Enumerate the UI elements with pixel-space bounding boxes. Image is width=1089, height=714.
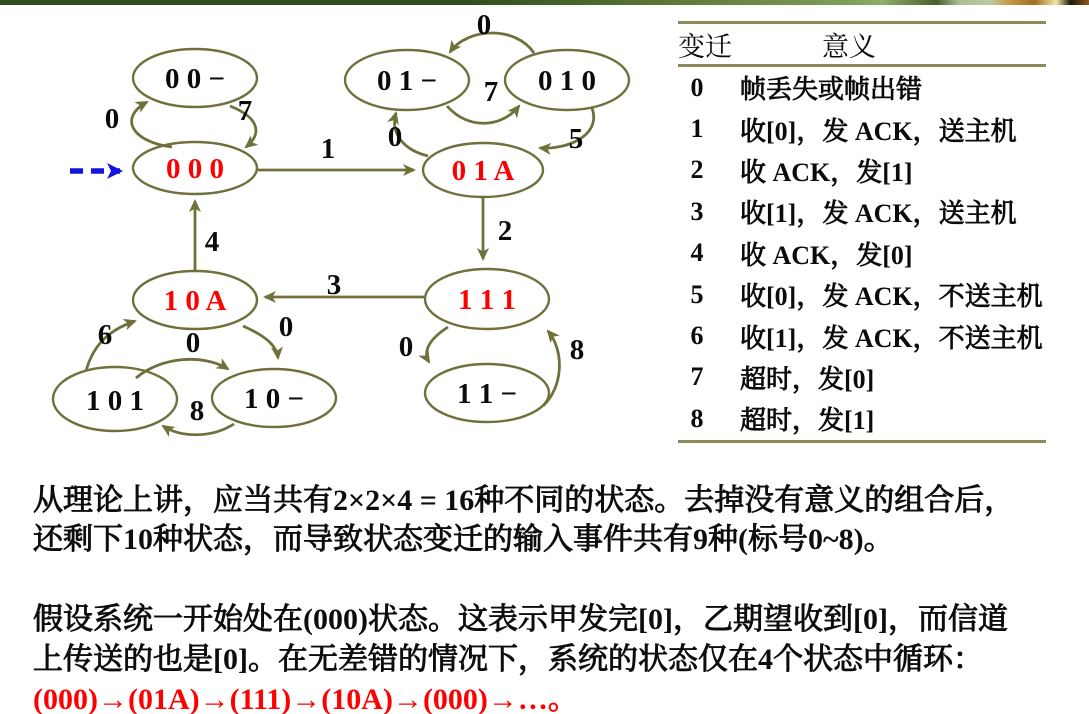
paragraph-theory: 从理论上讲，应当共有2×2×4 = 16种不同的状态。去掉没有意义的组合后， 还… bbox=[33, 481, 1014, 559]
edge-01dash-to-010 bbox=[447, 106, 519, 123]
transition-meaning: 超时，发[0] bbox=[740, 359, 874, 396]
transition-table-header: 变迁 意义 bbox=[678, 21, 1046, 67]
state-label: 0 1 A bbox=[452, 155, 515, 187]
transition-id: 3 bbox=[678, 197, 716, 227]
transition-id: 8 bbox=[678, 404, 716, 434]
table-row: 4 收 ACK，发[0] bbox=[678, 233, 1046, 274]
table-row: 8 超时，发[1] bbox=[678, 398, 1046, 439]
edge-label: 0 bbox=[279, 311, 294, 343]
edge-label: 6 bbox=[98, 319, 113, 351]
state-label: 1 1 − bbox=[457, 378, 517, 410]
transition-meaning: 收[1]，发 ACK，送主机 bbox=[740, 193, 1017, 230]
transition-meaning: 收 ACK，发[1] bbox=[740, 152, 913, 189]
state-label: 0 0 0 bbox=[166, 153, 224, 185]
edge-label: 0 bbox=[477, 9, 492, 41]
transition-meaning: 收[0]，发 ACK，不送主机 bbox=[740, 276, 1043, 313]
paragraph-line: 还剩下10种状态，而导致状态变迁的输入事件共有9种(标号0~8)。 bbox=[33, 520, 1014, 559]
slide: 0 0 − 0 0 0 0 1 − 0 1 0 0 1 A 1 0 A 1 1 … bbox=[0, 0, 1089, 714]
table-row: 1 收[0]，发 ACK，送主机 bbox=[678, 108, 1046, 149]
transition-id: 4 bbox=[678, 238, 716, 268]
edge-111-to-11dash bbox=[427, 327, 448, 362]
state-label: 1 1 1 bbox=[458, 284, 516, 316]
edge-label: 8 bbox=[190, 395, 205, 427]
edge-10A-to-10dash bbox=[243, 326, 278, 358]
column-header-transition: 变迁 bbox=[678, 25, 732, 64]
transition-id: 1 bbox=[678, 114, 716, 144]
edge-010-to-01A bbox=[540, 108, 594, 148]
table-row: 6 收[1]，发 ACK，不送主机 bbox=[678, 315, 1046, 356]
table-row: 5 收[0]，发 ACK，不送主机 bbox=[678, 274, 1046, 315]
state-label: 0 0 − bbox=[165, 63, 225, 95]
transition-id: 6 bbox=[678, 321, 716, 351]
transition-id: 0 bbox=[678, 73, 716, 103]
state-cycle-sequence: (000)→(01A)→(111)→(10A)→(000)→…。 bbox=[33, 680, 1008, 714]
state-label: 0 1 0 bbox=[538, 65, 596, 97]
state-label: 1 0 A bbox=[164, 285, 227, 317]
transition-meaning: 收[0]，发 ACK，送主机 bbox=[740, 111, 1017, 148]
edge-label: 0 bbox=[388, 121, 403, 153]
state-transition-diagram: 0 0 − 0 0 0 0 1 − 0 1 0 0 1 A 1 0 A 1 1 … bbox=[0, 0, 670, 465]
table-row: 0 帧丢失或帧出错 bbox=[678, 67, 1046, 108]
transition-id: 2 bbox=[678, 155, 716, 185]
paragraph-line: 从理论上讲，应当共有2×2×4 = 16种不同的状态。去掉没有意义的组合后， bbox=[33, 481, 1014, 520]
edge-11dash-to-111 bbox=[543, 331, 559, 406]
edge-label: 0 bbox=[186, 327, 201, 359]
transition-meaning: 帧丢失或帧出错 bbox=[740, 69, 922, 106]
state-label: 1 0 1 bbox=[86, 385, 144, 417]
transition-table-body: 0 帧丢失或帧出错 1 收[0]，发 ACK，送主机 2 收 ACK，发[1] … bbox=[678, 67, 1046, 443]
state-label: 1 0 − bbox=[244, 383, 304, 415]
edge-000-to-00dash bbox=[132, 102, 172, 147]
edge-label: 0 bbox=[399, 331, 414, 363]
edge-label: 5 bbox=[569, 123, 584, 155]
edge-label: 4 bbox=[205, 226, 220, 258]
edge-label: 1 bbox=[321, 133, 336, 165]
transition-table: 变迁 意义 0 帧丢失或帧出错 1 收[0]，发 ACK，送主机 2 收 ACK… bbox=[678, 21, 1046, 443]
transition-id: 7 bbox=[678, 362, 716, 392]
paragraph-line: 假设系统一开始处在(000)状态。这表示甲发完[0]，乙期望收到[0]，而信道 bbox=[33, 600, 1008, 640]
paragraph-line: 上传送的也是[0]。在无差错的情况下，系统的状态仅在4个状态中循环： bbox=[33, 640, 1008, 680]
edge-label: 7 bbox=[484, 76, 499, 108]
edge-010-to-01dash bbox=[450, 33, 534, 53]
edge-101-to-10dash bbox=[136, 359, 228, 378]
transition-meaning: 收[1]，发 ACK，不送主机 bbox=[740, 318, 1043, 355]
transition-id: 5 bbox=[678, 280, 716, 310]
paragraph-assumption: 假设系统一开始处在(000)状态。这表示甲发完[0]，乙期望收到[0]，而信道 … bbox=[33, 600, 1008, 714]
edge-label: 8 bbox=[570, 334, 585, 366]
edge-label: 7 bbox=[238, 95, 253, 127]
edge-label: 0 bbox=[105, 103, 120, 135]
edge-label: 2 bbox=[498, 215, 513, 247]
state-label: 0 1 − bbox=[377, 65, 437, 97]
column-header-meaning: 意义 bbox=[822, 25, 876, 64]
edge-label: 3 bbox=[327, 269, 342, 301]
transition-meaning: 超时，发[1] bbox=[740, 400, 874, 437]
table-row: 3 收[1]，发 ACK，送主机 bbox=[678, 191, 1046, 232]
table-row: 2 收 ACK，发[1] bbox=[678, 150, 1046, 191]
table-row: 7 超时，发[0] bbox=[678, 357, 1046, 398]
transition-meaning: 收 ACK，发[0] bbox=[740, 235, 913, 272]
